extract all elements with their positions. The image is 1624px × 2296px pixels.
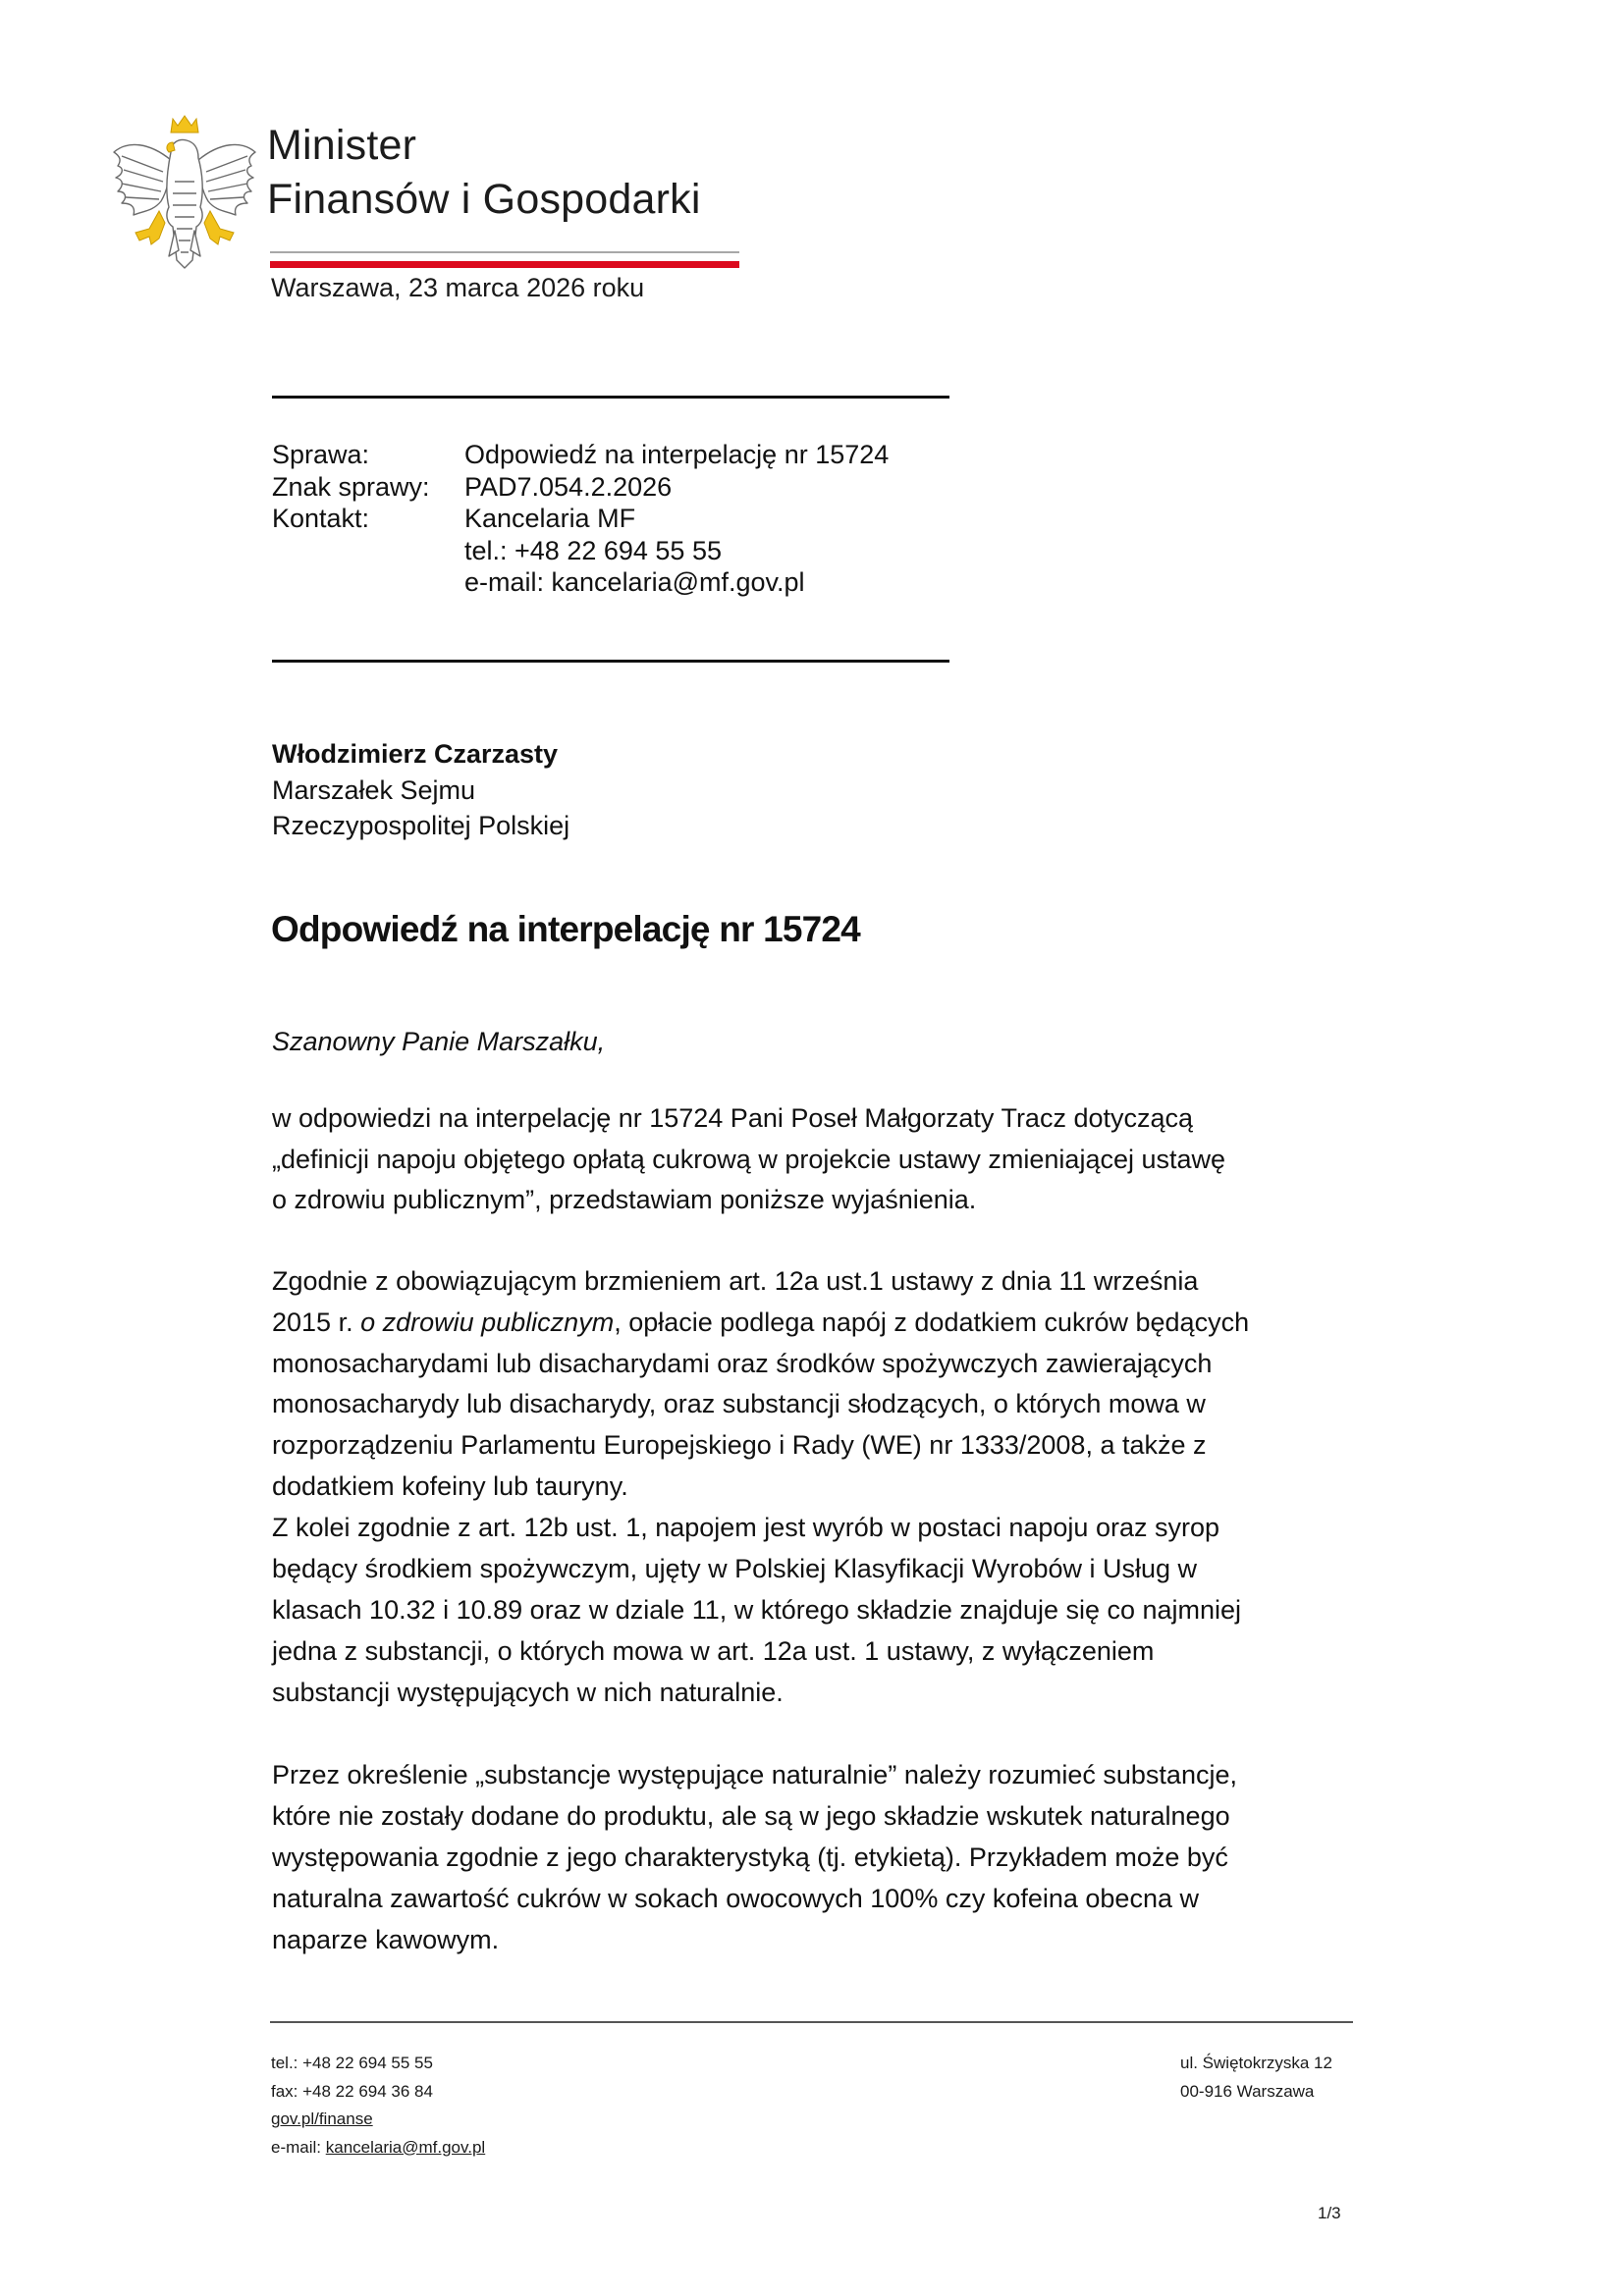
case-details: Sprawa: Odpowiedź na interpelację nr 157… <box>272 439 889 599</box>
footer-email-row: e-mail: kancelaria@mf.gov.pl <box>271 2134 485 2163</box>
footer-city: 00-916 Warszawa <box>1180 2078 1332 2107</box>
case-row-reference: Znak sprawy: PAD7.054.2.2026 <box>272 471 889 504</box>
body-line: naturalna zawartość cukrów w sokach owoc… <box>272 1879 1199 1918</box>
body-line: substancji występujących w nich naturaln… <box>272 1673 784 1712</box>
salutation: Szanowny Panie Marszałku, <box>272 1027 605 1057</box>
body-line: jedna z substancji, o których mowa w art… <box>272 1631 1154 1671</box>
footer-contact: tel.: +48 22 694 55 55 fax: +48 22 694 3… <box>271 2050 485 2162</box>
case-row-subject: Sprawa: Odpowiedź na interpelację nr 157… <box>272 439 889 471</box>
body-line: rozporządzeniu Parlamentu Europejskiego … <box>272 1425 1207 1465</box>
recipient-position: Marszałek Sejmu <box>272 773 569 809</box>
ministry-name-line1: Minister <box>267 122 416 170</box>
body-line: które nie zostały dodane do produktu, al… <box>272 1796 1230 1836</box>
case-label <box>272 566 464 599</box>
case-value: Kancelaria MF <box>464 503 635 535</box>
ministry-name-line2: Finansów i Gospodarki <box>267 176 701 224</box>
case-label <box>272 535 464 567</box>
recipient-block: Włodzimierz Czarzasty Marszałek Sejmu Rz… <box>272 736 569 844</box>
footer-address: ul. Świętokrzyska 12 00-916 Warszawa <box>1180 2050 1332 2106</box>
case-block-bottom-rule <box>272 660 949 663</box>
footer-rule <box>270 2021 1353 2023</box>
body-line: Z kolei zgodnie z art. 12b ust. 1, napoj… <box>272 1508 1219 1547</box>
body-line: w odpowiedzi na interpelację nr 15724 Pa… <box>272 1098 1193 1138</box>
body-line: dodatkiem kofeiny lub tauryny. <box>272 1467 628 1506</box>
body-line: występowania zgodnie z jego charakteryst… <box>272 1838 1228 1877</box>
place-and-date: Warszawa, 23 marca 2026 roku <box>271 273 644 303</box>
polish-eagle-emblem-icon <box>110 113 259 270</box>
body-line: monosacharydami lub disacharydami oraz ś… <box>272 1344 1212 1383</box>
case-row-email: e-mail: kancelaria@mf.gov.pl <box>272 566 889 599</box>
body-line: będący środkiem spożywczym, ujęty w Pols… <box>272 1549 1197 1588</box>
case-row-contact: Kontakt: Kancelaria MF <box>272 503 889 535</box>
header-red-rule <box>270 261 739 268</box>
body-line: naparze kawowym. <box>272 1920 499 1959</box>
footer-website-link[interactable]: gov.pl/finanse <box>271 2109 373 2128</box>
body-line: „definicji napoju objętego opłatą cukrow… <box>272 1140 1225 1179</box>
case-label: Sprawa: <box>272 439 464 471</box>
body-line: o zdrowiu publicznym”, przedstawiam poni… <box>272 1180 976 1219</box>
body-line: klasach 10.32 i 10.89 oraz w dziale 11, … <box>272 1590 1241 1629</box>
footer-fax: fax: +48 22 694 36 84 <box>271 2078 485 2107</box>
footer-phone: tel.: +48 22 694 55 55 <box>271 2050 485 2078</box>
case-value: PAD7.054.2.2026 <box>464 471 672 504</box>
body-line: Przez określenie „substancje występujące… <box>272 1755 1237 1794</box>
body-line: Zgodnie z obowiązującym brzmieniem art. … <box>272 1261 1198 1301</box>
case-value: tel.: +48 22 694 55 55 <box>464 535 722 567</box>
recipient-institution: Rzeczypospolitej Polskiej <box>272 808 569 844</box>
header-gray-rule <box>270 251 739 253</box>
recipient-name: Włodzimierz Czarzasty <box>272 736 569 773</box>
case-label: Kontakt: <box>272 503 464 535</box>
footer-email-label: e-mail: <box>271 2138 326 2157</box>
act-title-italic: o zdrowiu publicznym <box>360 1308 614 1337</box>
case-block-top-rule <box>272 396 949 399</box>
body-text: , opłacie podlega napój z dodatkiem cukr… <box>614 1308 1249 1337</box>
document-title: Odpowiedź na interpelację nr 15724 <box>271 909 860 950</box>
body-text: 2015 r. <box>272 1308 360 1337</box>
footer-street: ul. Świętokrzyska 12 <box>1180 2050 1332 2078</box>
page-number: 1/3 <box>1318 2204 1341 2223</box>
body-line-with-italic: 2015 r. o zdrowiu publicznym, opłacie po… <box>272 1303 1249 1342</box>
footer-email-link[interactable]: kancelaria@mf.gov.pl <box>326 2138 485 2157</box>
case-label: Znak sprawy: <box>272 471 464 504</box>
case-row-phone: tel.: +48 22 694 55 55 <box>272 535 889 567</box>
case-value: Odpowiedź na interpelację nr 15724 <box>464 439 889 471</box>
body-line: monosacharydy lub disacharydy, oraz subs… <box>272 1384 1206 1423</box>
case-value: e-mail: kancelaria@mf.gov.pl <box>464 566 805 599</box>
